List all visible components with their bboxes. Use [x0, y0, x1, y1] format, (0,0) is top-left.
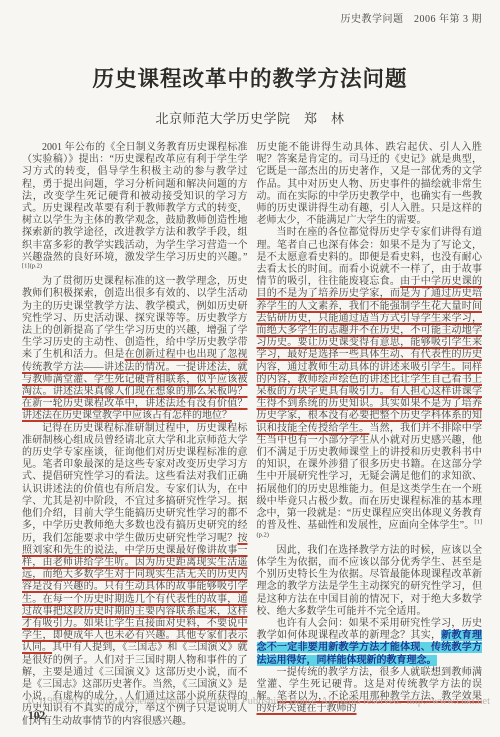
paragraph: 也许有人会问：如果不采用研究性学习，历史教学如何体现课程改革的新理念？其实，新教… [257, 618, 483, 667]
journal-page: 历史教学问题 2006 年第 3 期 历史课程改革中的教学方法问题 北京师范大学… [0, 0, 500, 737]
text-run: 为了贯彻历史课程标准的这一教学理念，历史教师们积极探索，创造出很多有效的、以学生… [22, 276, 248, 360]
text-run: 历史能不能讲得生动具体、跌宕起伏、引人入胜呢？答案是肯定的。司马迁的《史记》就是… [257, 142, 483, 226]
page-number: 102 [28, 710, 45, 722]
copyright-text: (C)1994-2023 China Academic Journal Elec… [28, 696, 402, 707]
copyright-watermark: (C)1994-2023 China Academic Journal Elec… [28, 696, 490, 707]
column-left: 2001 年公布的《全日制义务教育历史课程标准（实验稿）》提出：“历史课程改革应… [22, 142, 248, 697]
text-run: 其中有人提到，《三国志》和《三国演义》就是很好的例子。人们对于三国时期人物和事件… [22, 642, 248, 726]
red-underlined-text: 按照刘家和先生的说法，中学历史课最好像讲故事一样，由老师讲给学生听。因为历史距离… [22, 533, 248, 654]
paragraph: 因此，我们在选择教学方法的时候，应该以全体学生为依据，而不应该以部分优秀学生、甚… [257, 545, 483, 618]
paragraph: 为了贯彻历史课程标准的这一教学理念，历史教师们积极探索，创造出很多有效的、以学生… [22, 276, 248, 422]
paragraph: 一提传统的教学方法，很多人就联想到教师满堂灌、学生死记硬背。这是对传统教学方法的… [257, 667, 483, 716]
paragraph: 记得在历史课程标准研制过程中，历史课程标准研制核心组成员曾经请北京大学和北京师范… [22, 423, 248, 728]
text-run: 2001 年公布的《全日制义务教育历史课程标准（实验稿）》提出：“历史课程改革应… [22, 142, 248, 263]
copyright-url: http://www.cnki.net [407, 696, 490, 707]
citation-superscript: [1](p.2) [22, 263, 42, 270]
article-body: 2001 年公布的《全日制义务教育历史课程标准（实验稿）》提出：“历史课程改革应… [22, 142, 482, 697]
text-run: 因此，我们在选择教学方法的时候，应该以全体学生为依据，而不应该以部分优秀学生、甚… [257, 545, 483, 617]
paragraph: 2001 年公布的《全日制义务教育历史课程标准（实验稿）》提出：“历史课程改革应… [22, 142, 248, 276]
text-run: 记得在历史课程标准研制过程中，历史课程标准研制核心组成员曾经请北京大学和北京师范… [22, 423, 248, 544]
column-right: 历史能不能讲得生动具体、跌宕起伏、引人入胜呢？答案是肯定的。司马迁的《史记》就是… [257, 142, 483, 697]
paragraph: 历史能不能讲得生动具体、跌宕起伏、引人入胜呢？答案是肯定的。司马迁的《史记》就是… [257, 142, 483, 227]
red-underlined-text: 由于中学历史课的目的不是为了培养历史学家，而是为了通过历史培养学生的人文素养，我… [257, 276, 483, 433]
article-author: 北京师范大学历史学院 郑 林 [0, 108, 500, 127]
journal-header: 历史教学问题 2006 年第 3 期 [341, 10, 483, 25]
article-title: 历史课程改革中的教学方法问题 [0, 62, 500, 93]
paragraph: 当时在座的各位都觉得历史学专家们讲得有道理。笔者自己也深有体会：如果不是为了写论… [257, 227, 483, 544]
text-run: 当然，我们并不排除中学生当中也有一小部分学生从小就对历史感兴趣，他们不满足于历史… [257, 423, 483, 532]
